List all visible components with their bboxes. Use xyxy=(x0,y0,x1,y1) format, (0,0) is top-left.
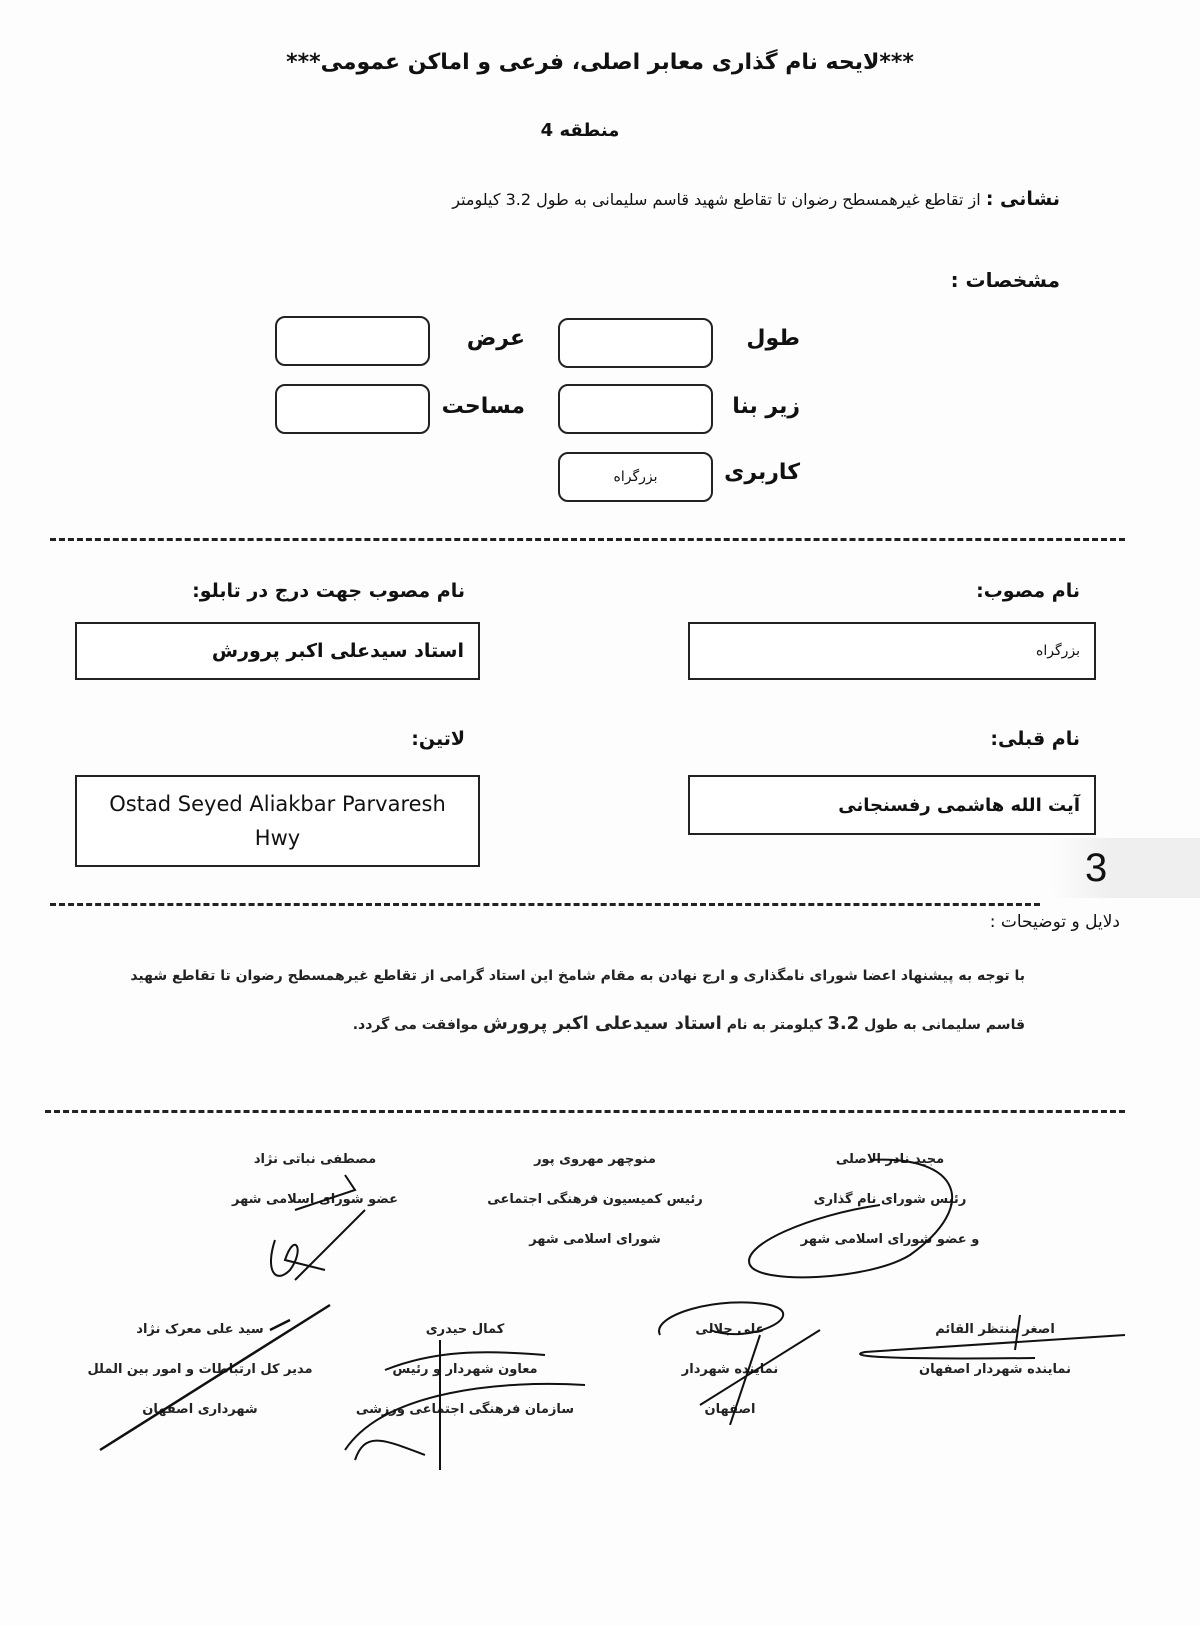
approved-name-value: بزرگراه xyxy=(1036,643,1080,659)
signatory-block: مجید نادر الاصلی رئیس شورای نام گذاری و … xyxy=(770,1140,1010,1260)
area-label: مساحت xyxy=(430,394,525,419)
document-title: ***لایحه نام گذاری معابر اصلی، فرعی و ام… xyxy=(0,50,1200,75)
divider xyxy=(45,1110,1125,1113)
usage-label: کاربری xyxy=(715,460,800,485)
latin-name-line1: Ostad Seyed Aliakbar Parvaresh xyxy=(77,787,478,821)
signatory-block: مصطفی نباتی نژاد عضو شورای اسلامی شهر xyxy=(215,1140,415,1220)
signatory-role: رئیس شورای نام گذاری xyxy=(770,1180,1010,1220)
sign-name-field[interactable]: استاد سیدعلی اکبر پرورش xyxy=(75,622,480,680)
previous-name-field[interactable]: آیت الله هاشمی رفسنجانی xyxy=(688,775,1096,835)
length-field[interactable] xyxy=(558,318,713,368)
signatory-role: نماینده شهردار اصفهان xyxy=(895,1350,1095,1390)
signatory-role: شهرداری اصفهان xyxy=(80,1390,320,1430)
reasons-text: موافقت می گردد. xyxy=(353,1017,478,1033)
built-area-field[interactable] xyxy=(558,384,713,434)
signatory-name: سید علی معرک نژاد xyxy=(80,1310,320,1350)
signatory-name: مجید نادر الاصلی xyxy=(770,1140,1010,1180)
signatory-name: علی جلالی xyxy=(655,1310,805,1350)
signatory-name: مصطفی نباتی نژاد xyxy=(215,1140,415,1180)
latin-name-label: لاتین: xyxy=(300,728,465,750)
signatory-block: علی جلالی نماینده شهردار اصفهان xyxy=(655,1310,805,1430)
reasons-label: دلایل و توضیحات : xyxy=(990,912,1120,932)
region-label: منطقه 4 xyxy=(0,120,1160,141)
divider xyxy=(50,903,1040,906)
reasons-line-2: قاسم سلیمانی به طول 3.2 کیلومتر به نام ا… xyxy=(125,998,1025,1051)
width-label: عرض xyxy=(445,326,525,351)
signatory-block: اصغر منتظر القائم نماینده شهردار اصفهان xyxy=(895,1310,1095,1390)
signatory-role: شورای اسلامی شهر xyxy=(470,1220,720,1260)
page-number-badge: 3 xyxy=(1050,838,1200,898)
signatory-role: معاون شهردار و رئیس xyxy=(345,1350,585,1390)
signatory-role: مدیر کل ارتباطات و امور بین الملل xyxy=(80,1350,320,1390)
new-name-emphasis: استاد سیدعلی اکبر پرورش xyxy=(483,1013,722,1034)
signatory-block: کمال حیدری معاون شهردار و رئیس سازمان فر… xyxy=(345,1310,585,1430)
signatory-role: نماینده شهردار اصفهان xyxy=(655,1350,805,1430)
signatory-role: عضو شورای اسلامی شهر xyxy=(215,1180,415,1220)
width-field[interactable] xyxy=(275,316,430,366)
signatory-name: اصغر منتظر القائم xyxy=(895,1310,1095,1350)
reasons-line-1: با توجه به پیشنهاد اعضا شورای نامگذاری و… xyxy=(125,950,1025,1002)
area-field[interactable] xyxy=(275,384,430,434)
sign-name-value: استاد سیدعلی اکبر پرورش xyxy=(212,640,464,662)
built-area-label: زیر بنا xyxy=(720,394,800,419)
address-line: نشانی : از تقاطع غیرهمسطح رضوان تا تقاطع… xyxy=(260,188,1060,210)
reasons-text: کیلومتر به نام xyxy=(727,1017,823,1033)
previous-name-label: نام قبلی: xyxy=(880,728,1080,750)
signatory-name: کمال حیدری xyxy=(345,1310,585,1350)
signatory-name: منوچهر مهروی پور xyxy=(470,1140,720,1180)
previous-name-value: آیت الله هاشمی رفسنجانی xyxy=(838,795,1080,816)
signatory-role: رئیس کمیسیون فرهنگی اجتماعی xyxy=(470,1180,720,1220)
approved-name-field[interactable]: بزرگراه xyxy=(688,622,1096,680)
address-value: از تقاطع غیرهمسطح رضوان تا تقاطع شهید قا… xyxy=(452,190,980,209)
signatory-role: سازمان فرهنگی اجتماعی ورزشی xyxy=(345,1390,585,1430)
signatory-block: منوچهر مهروی پور رئیس کمیسیون فرهنگی اجت… xyxy=(470,1140,720,1260)
divider xyxy=(50,538,1125,541)
sign-name-label: نام مصوب جهت درج در تابلو: xyxy=(120,580,465,602)
address-label: نشانی : xyxy=(986,188,1060,210)
usage-field[interactable]: بزرگراه xyxy=(558,452,713,502)
approved-name-label: نام مصوب: xyxy=(880,580,1080,602)
reasons-text: قاسم سلیمانی به طول xyxy=(864,1017,1025,1033)
signatory-role: و عضو شورای اسلامی شهر xyxy=(770,1220,1010,1260)
signatory-block: سید علی معرک نژاد مدیر کل ارتباطات و امو… xyxy=(80,1310,320,1430)
length-value: 3.2 xyxy=(827,1013,859,1034)
latin-name-field[interactable]: Ostad Seyed Aliakbar Parvaresh Hwy xyxy=(75,775,480,867)
specs-label: مشخصات : xyxy=(951,268,1060,292)
length-label: طول xyxy=(740,326,800,351)
latin-name-line2: Hwy xyxy=(77,821,478,855)
